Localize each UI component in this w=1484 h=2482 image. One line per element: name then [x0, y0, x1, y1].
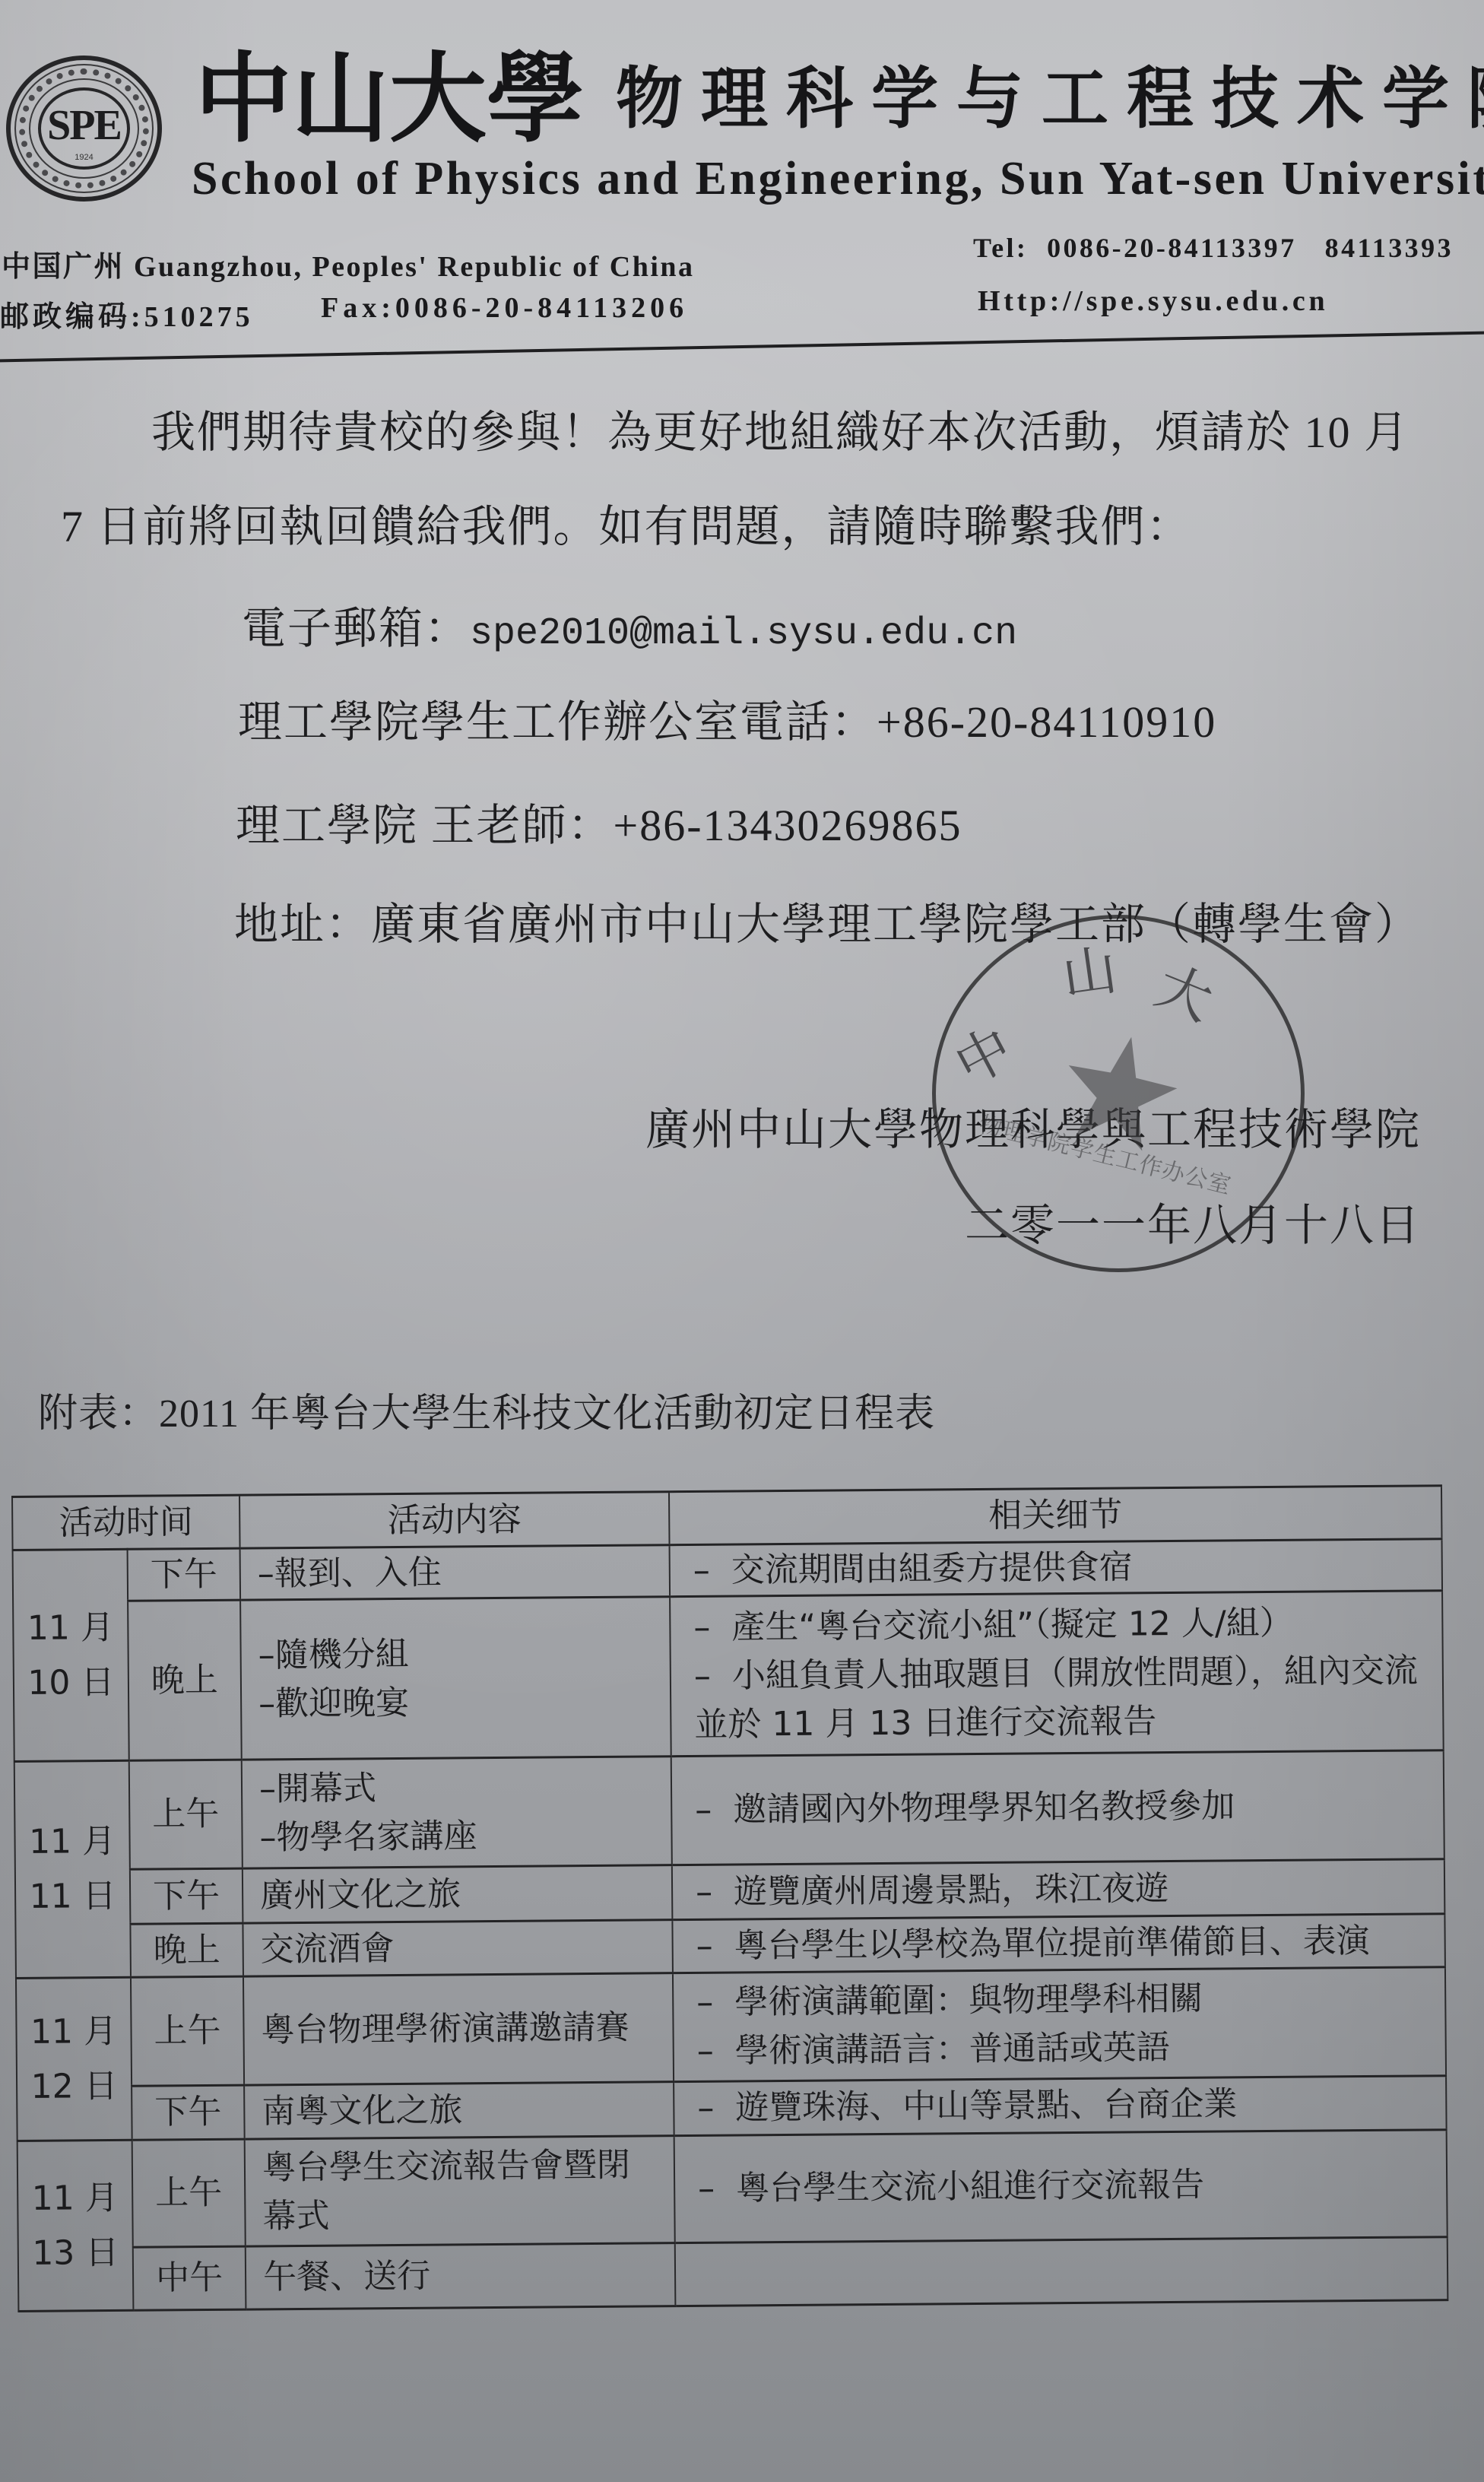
- activity-item: –歡迎晚宴: [258, 1677, 655, 1728]
- fax-number: Fax:0086-20-84113206: [321, 294, 688, 322]
- details-cell: – 學術演講範圍：與物理學科相關 – 學術演講語言：普通話或英語: [673, 1967, 1446, 2082]
- period-cell: 晚上: [128, 1600, 242, 1760]
- office-phone-number: +86-20-84110910: [877, 697, 1216, 747]
- schedule-table: 活动时间 活动内容 相关细节 11 月 10 日 下午 –報到、入住 – 交流期…: [11, 1484, 1448, 2312]
- postal-code: 邮政编码:510275: [0, 303, 254, 332]
- date-day: 12 日: [17, 2058, 132, 2114]
- date-cell: 11 月 13 日: [17, 2140, 134, 2311]
- activity-item: 廣州文化之旅: [260, 1868, 656, 1920]
- activity-cell: 廣州文化之旅: [243, 1865, 673, 1923]
- letterhead-address: 中国广州 Guangzhou, Peoples' Republic of Chi…: [2, 252, 695, 281]
- activity-cell: 交流酒會: [243, 1920, 673, 1976]
- contact-label: 理工學院 王老師：: [236, 801, 614, 850]
- date-month: 11 月: [17, 2004, 131, 2059]
- schedule-title: 附表：2011 年粵台大學生科技文化活動初定日程表: [38, 1395, 935, 1434]
- email-address: spe2010@mail.sysu.edu.cn: [470, 612, 1017, 655]
- website-url: Http://spe.sysu.edu.cn: [978, 287, 1328, 316]
- details-cell-empty: [675, 2237, 1448, 2306]
- detail-item: – 學術演講語言：普通話或英語: [697, 2021, 1436, 2076]
- activity-item: –隨機分組: [258, 1628, 654, 1680]
- detail-item: – 小組負責人抽取題目（開放性問題），組內交流並於 11 月 13 日進行交流報…: [694, 1646, 1434, 1750]
- period-cell: 下午: [132, 2085, 245, 2140]
- signature-organization: 廣州中山大學物理科學與工程技術學院: [645, 1108, 1421, 1152]
- detail-item: – 產生“粵台交流小組”（擬定 12 人/組）: [693, 1598, 1432, 1652]
- period-cell: 上午: [131, 1976, 244, 2086]
- paragraph-line-2: 7 日前將回執回饋給我們。如有問題，請隨時聯繫我們：: [61, 505, 1192, 549]
- stamp-char: 中: [947, 1019, 1020, 1093]
- postal-address: 廣東省廣州市中山大學理工學院學工部（轉學生會）: [371, 900, 1420, 949]
- table-row: 11 月 12 日 上午 粵台物理學術演講邀請賽 – 學術演講範圍：與物理學科相…: [16, 1967, 1446, 2087]
- date-month: 11 月: [18, 2170, 132, 2226]
- details-cell: – 粵台學生以學校為單位提前準備節目、表演: [672, 1914, 1445, 1973]
- school-name-en: School of Physics and Engineering, Sun Y…: [192, 155, 1484, 202]
- period-cell: 中午: [133, 2246, 246, 2310]
- table-row: 11 月 11 日 上午 –開幕式 –物學名家講座 – 邀請國內外物理學界知名教…: [14, 1750, 1444, 1871]
- table-row: 11 月 13 日 上午 粵台學生交流報告會暨閉幕式 – 粵台學生交流小組進行交…: [17, 2130, 1448, 2249]
- header-divider-line: [0, 331, 1484, 362]
- contact-office-phone: 理工學院學生工作辦公室電話：+86-20-84110910: [238, 700, 1216, 744]
- period-cell: 上午: [129, 1760, 243, 1869]
- details-cell: – 粵台學生交流小組進行交流報告: [674, 2130, 1448, 2243]
- header-time: 活动时间: [12, 1495, 240, 1550]
- contact-label: 地址：: [234, 900, 371, 949]
- contact-teacher-phone: 理工學院 王老師：+86-13430269865: [236, 804, 962, 848]
- logo-year: 1924: [6, 153, 162, 162]
- date-cell: 11 月 12 日: [16, 1977, 132, 2141]
- details-cell: – 遊覽珠海、中山等景點、台商企業: [674, 2076, 1447, 2136]
- activity-item: 粵台學生交流報告會暨閉幕式: [262, 2141, 659, 2241]
- date-day: 13 日: [19, 2225, 133, 2280]
- detail-item: – 粵台學生以學校為單位提前準備節目、表演: [696, 1916, 1435, 1971]
- period-cell: 下午: [128, 1548, 241, 1601]
- activity-item: 交流酒會: [260, 1922, 656, 1974]
- letter-date: 二零一一年八月十八日: [965, 1204, 1421, 1248]
- header-content: 活动内容: [239, 1492, 670, 1548]
- period-cell: 上午: [132, 2139, 246, 2247]
- date-day: 11 日: [16, 1869, 130, 1925]
- activity-item: 南粵文化之旅: [262, 2084, 658, 2136]
- activity-item: –物學名家講座: [259, 1811, 655, 1862]
- detail-item: – 學術演講範圍：與物理學科相關: [696, 1973, 1435, 2027]
- contact-label: 理工學院學生工作辦公室電話：: [238, 697, 877, 747]
- activity-cell: –開幕式 –物學名家講座: [242, 1757, 672, 1868]
- paragraph-line-1: 我們期待貴校的參與！為更好地組織好本次活動，煩請於 10 月: [151, 411, 1409, 455]
- activity-item: 粵台物理學術演講邀請賽: [261, 2003, 657, 2055]
- logo-text: SPE: [6, 104, 162, 147]
- activity-item: –開幕式: [259, 1762, 655, 1814]
- activity-cell: –報到、入住: [240, 1545, 671, 1600]
- detail-item: – 遊覽廣州周邊景點，珠江夜遊: [696, 1862, 1435, 1917]
- period-cell: 晚上: [130, 1923, 243, 1977]
- university-name-cn: 中山大學: [195, 50, 584, 148]
- school-name-cn: 物理科学与工程技术学院: [616, 65, 1484, 132]
- contact-label: 電子郵箱：: [242, 604, 470, 653]
- detail-item: – 粵台學生交流小組進行交流報告: [698, 2159, 1437, 2214]
- activity-cell: 粵台學生交流報告會暨閉幕式: [245, 2136, 675, 2246]
- school-logo-emblem: SPE 1924: [6, 56, 162, 202]
- activity-item: 午餐、送行: [263, 2250, 659, 2302]
- contact-address: 地址：廣東省廣州市中山大學理工學院學工部（轉學生會）: [234, 903, 1420, 947]
- teacher-phone-number: +86-13430269865: [614, 801, 962, 850]
- date-cell: 11 月 10 日: [13, 1549, 129, 1761]
- detail-item: – 遊覽珠海、中山等景點、台商企業: [697, 2078, 1436, 2133]
- date-cell: 11 月 11 日: [14, 1760, 131, 1978]
- date-month: 11 月: [14, 1600, 128, 1655]
- date-month: 11 月: [15, 1814, 129, 1870]
- details-cell: – 交流期間由組委方提供食宿: [670, 1539, 1443, 1597]
- period-cell: 下午: [130, 1868, 243, 1924]
- activity-item: –報到、入住: [258, 1547, 654, 1598]
- activity-cell: 午餐、送行: [246, 2243, 676, 2309]
- activity-cell: –隨機分組 –歡迎晚宴: [240, 1597, 671, 1760]
- telephone-numbers: Tel: 0086-20-84113397 84113393: [973, 234, 1454, 262]
- details-cell: – 邀請國內外物理學界知名教授參加: [671, 1750, 1444, 1865]
- table-row: 晚上 –隨機分組 –歡迎晚宴 – 產生“粵台交流小組”（擬定 12 人/組） –…: [13, 1591, 1444, 1762]
- detail-item: – 交流期間由組委方提供食宿: [693, 1541, 1432, 1595]
- activity-cell: 南粵文化之旅: [244, 2082, 674, 2139]
- stamp-char: 山: [1058, 941, 1120, 1003]
- stamp-char: 大: [1149, 957, 1220, 1029]
- details-cell: – 遊覽廣州周邊景點，珠江夜遊: [672, 1859, 1445, 1920]
- date-day: 10 日: [14, 1655, 128, 1710]
- header-details: 相关细节: [669, 1486, 1442, 1545]
- detail-item: – 邀請國內外物理學界知名教授參加: [695, 1780, 1434, 1835]
- activity-cell: 粵台物理學術演講邀請賽: [243, 1973, 674, 2085]
- details-cell: – 產生“粵台交流小組”（擬定 12 人/組） – 小組負責人抽取題目（開放性問…: [670, 1591, 1444, 1757]
- contact-email: 電子郵箱：spe2010@mail.sysu.edu.cn: [242, 607, 1017, 653]
- table-row: 中午 午餐、送行: [18, 2237, 1448, 2312]
